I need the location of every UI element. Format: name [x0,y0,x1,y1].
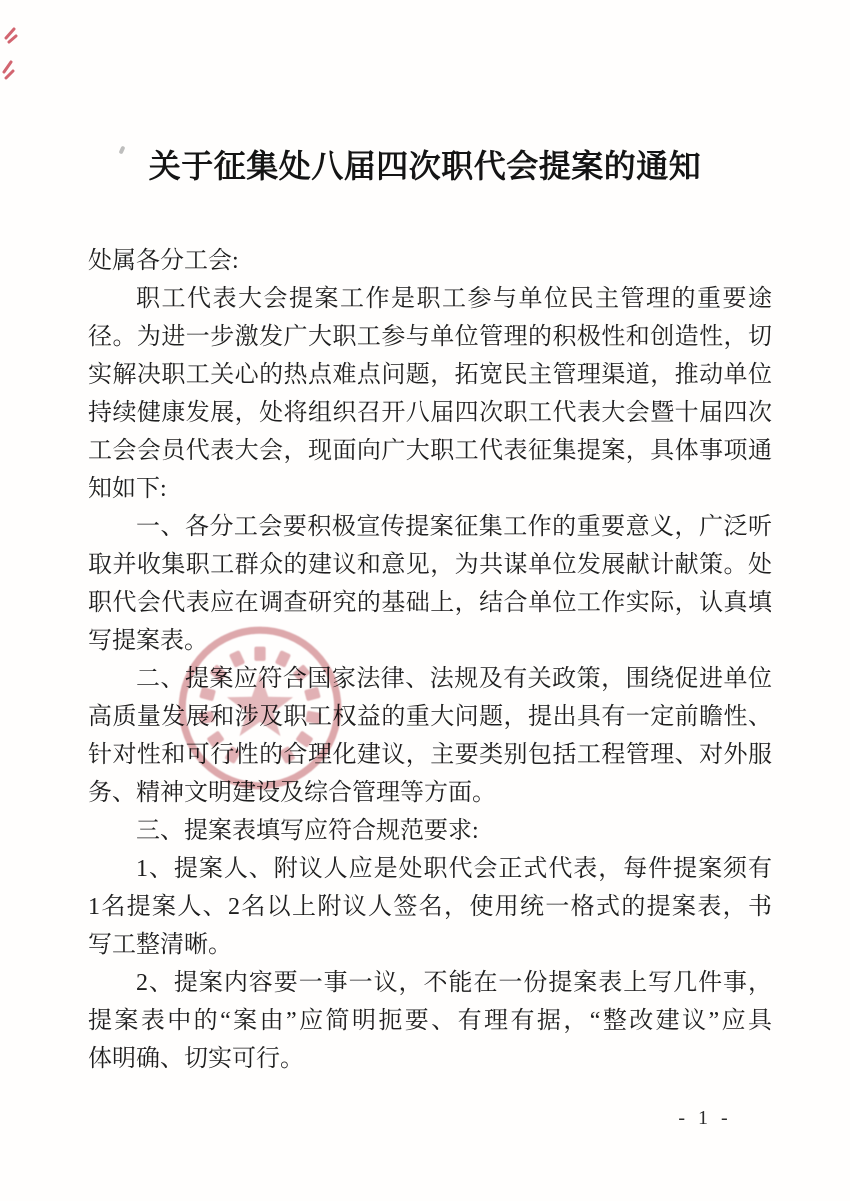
text-line: 体明确、切实可行。 [88,1040,772,1078]
text-line: 实解决职工关心的热点难点问题，拓宽民主管理渠道，推动单位 [88,356,772,394]
text-line: 一、各分工会要积极宣传提案征集工作的重要意义，广泛听 [88,508,772,546]
text-line: 写工整清晰。 [88,926,772,964]
text-line: 1名提案人、2名以上附议人签名，使用统一格式的提案表，书 [88,888,772,926]
document-page: 关于征集处八届四次职代会提案的通知 处属各分工会: 职工代表大会提案工作是职工参… [0,0,850,1201]
corner-red-marks-icon [2,24,32,86]
seal-star-icon [227,673,293,736]
text-line: 2、提案内容要一事一议，不能在一份提案表上写几件事， [88,964,772,1002]
text-line: 工会会员代表大会，现面向广大职工代表征集提案，具体事项通 [88,432,772,470]
official-red-seal [174,622,346,794]
text-line: 1、提案人、附议人应是处职代会正式代表，每件提案须有 [88,850,772,888]
text-line: 取并收集职工群众的建议和意见，为共谋单位发展献计献策。处 [88,546,772,584]
salutation-line: 处属各分工会: [88,242,772,280]
text-line: 提案表中的“案由”应简明扼要、有理有据，“整改建议”应具 [88,1002,772,1040]
text-line: 持续健康发展，处将组织召开八届四次职工代表大会暨十届四次 [88,394,772,432]
text-line: 知如下: [88,470,772,508]
text-line: 职代会代表应在调查研究的基础上，结合单位工作实际，认真填 [88,584,772,622]
page-number: - 1 - [660,1104,750,1132]
text-line: 职工代表大会提案工作是职工参与单位民主管理的重要途 [88,280,772,318]
text-line: 径。为进一步激发广大职工参与单位管理的积极性和创造性，切 [88,318,772,356]
document-title: 关于征集处八届四次职代会提案的通知 [0,142,850,190]
text-line: 三、提案表填写应符合规范要求: [88,812,772,850]
